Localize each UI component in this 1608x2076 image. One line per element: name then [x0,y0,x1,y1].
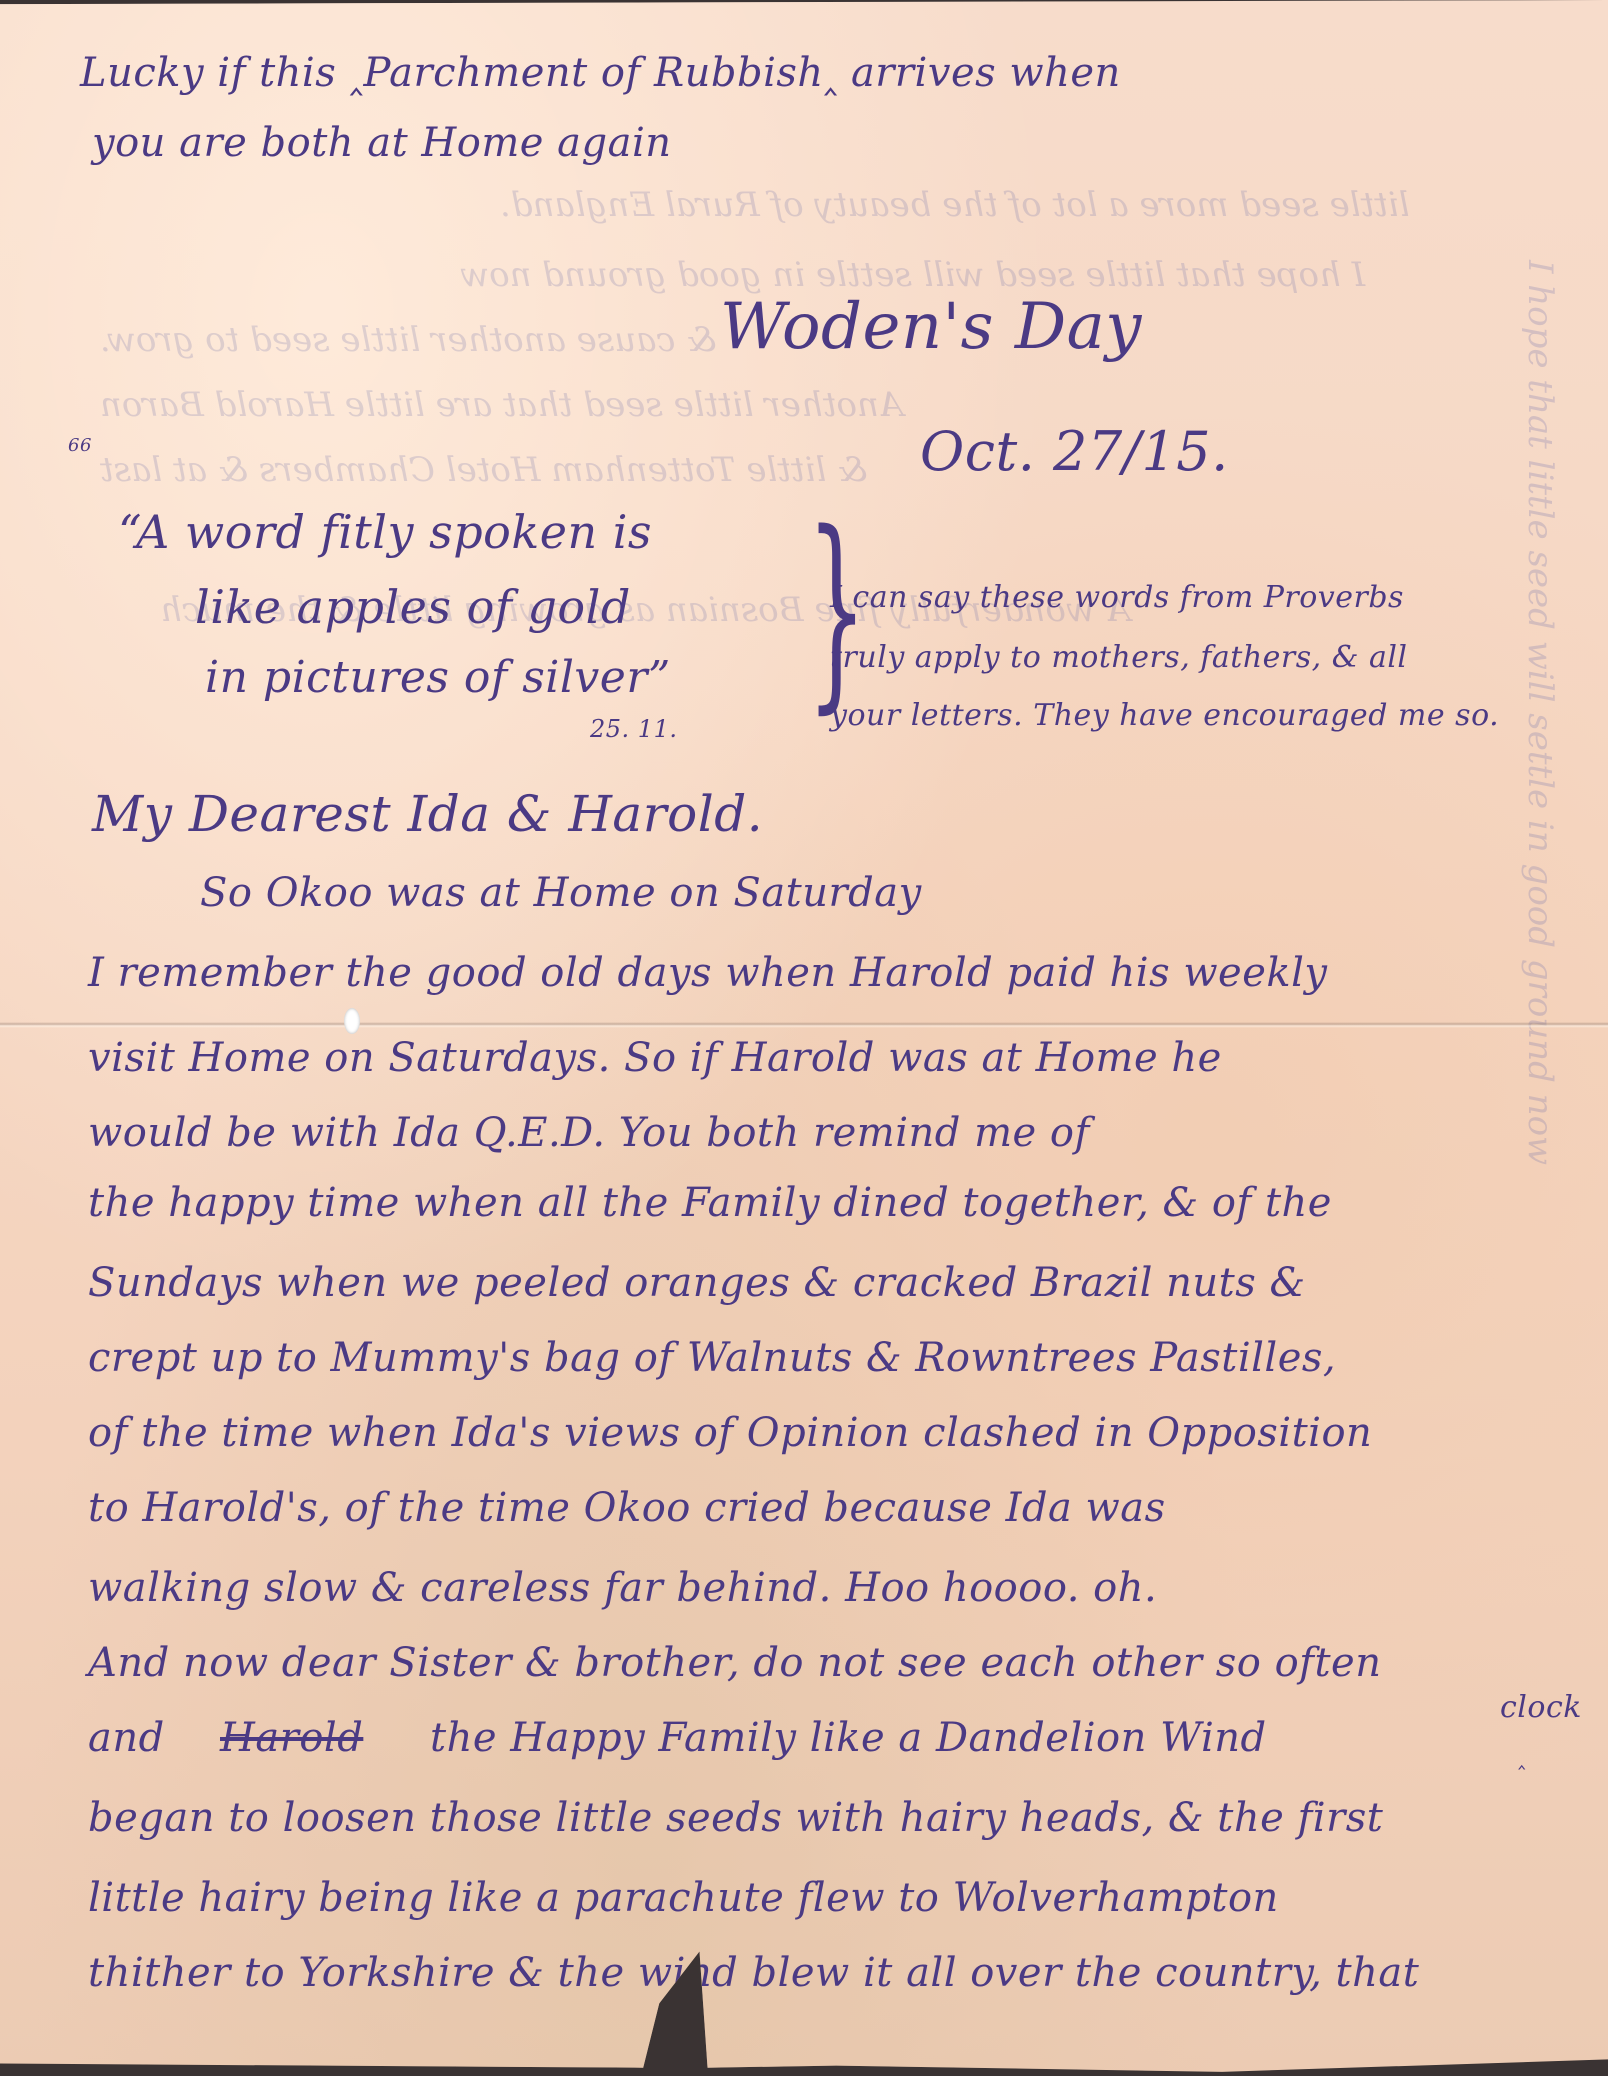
body-line-1: So Okoo was at Home on Saturday [200,870,922,916]
body-line-6: Sundays when we peeled oranges & cracked… [88,1260,1306,1306]
note-line-3: your letters. They have encouraged me so… [830,698,1499,733]
note-line-1: I can say these words from Proverbs [830,580,1404,615]
insertion-caret-icon: ‸ [1518,1745,1525,1770]
heading-day: Woden's Day [720,290,1142,364]
body-line-12-rest: the Happy Family like a Dandelion Wind [430,1715,1267,1761]
fold-crease [0,1022,1608,1028]
body-line-14: little hairy being like a parachute flew… [88,1875,1279,1921]
show-through-line: Another little seed that are little Haro… [100,385,903,425]
salutation: My Dearest Ida & Harold. [92,785,763,843]
show-through-line: I hope that little seed will settle in g… [460,255,1365,295]
heading-date: Oct. 27/15. [920,420,1229,483]
body-line-5: the happy time when all the Family dined… [88,1180,1332,1226]
body-line-10: walking slow & careless far behind. Hoo … [88,1565,1157,1611]
show-through-line: & cause another little seed to grow. [100,320,716,360]
body-line-13: began to loosen those little seeds with … [88,1795,1383,1841]
body-line-2: I remember the good old days when Harold… [88,950,1328,996]
note-line-2: truly apply to mothers, fathers, & all [830,640,1408,675]
body-line-4: would be with Ida Q.E.D. You both remind… [88,1110,1090,1156]
crossed-out-word: Harold [220,1715,363,1761]
show-through-line: & little Tottenham Hotel Chambers & at l… [100,450,868,490]
body-line-12-start: and [88,1715,165,1761]
insertion-clock: clock [1500,1690,1582,1725]
quotation-line-3: in pictures of silver” [205,652,671,703]
paper-hole [344,1008,360,1034]
show-through-line: little seed more a lot of the beauty of … [500,185,1410,225]
body-line-11: And now dear Sister & brother, do not se… [88,1640,1382,1686]
postscript-line-1: Lucky if this ‸Parchment of Rubbish‸ arr… [80,50,1121,96]
body-line-3: visit Home on Saturdays. So if Harold wa… [88,1035,1222,1081]
quotation-reference: 25. 11. [590,715,677,743]
body-line-8: of the time when Ida's views of Opinion … [88,1410,1372,1456]
letter-sheet: little seed more a lot of the beauty of … [0,0,1608,2076]
postscript-line-2: you are both at Home again [92,120,672,166]
body-line-7: crept up to Mummy's bag of Walnuts & Row… [88,1335,1336,1381]
body-line-15: thither to Yorkshire & the wind blew it … [88,1950,1419,1996]
margin-mark: 66 [68,435,92,456]
quotation-line-1: “A word fitly spoken is [118,505,652,559]
body-line-9: to Harold's, of the time Okoo cried beca… [88,1485,1166,1531]
quotation-line-2: like apples of gold [195,580,631,634]
show-through-margin: I hope that little seed will settle in g… [1520,260,1560,1165]
